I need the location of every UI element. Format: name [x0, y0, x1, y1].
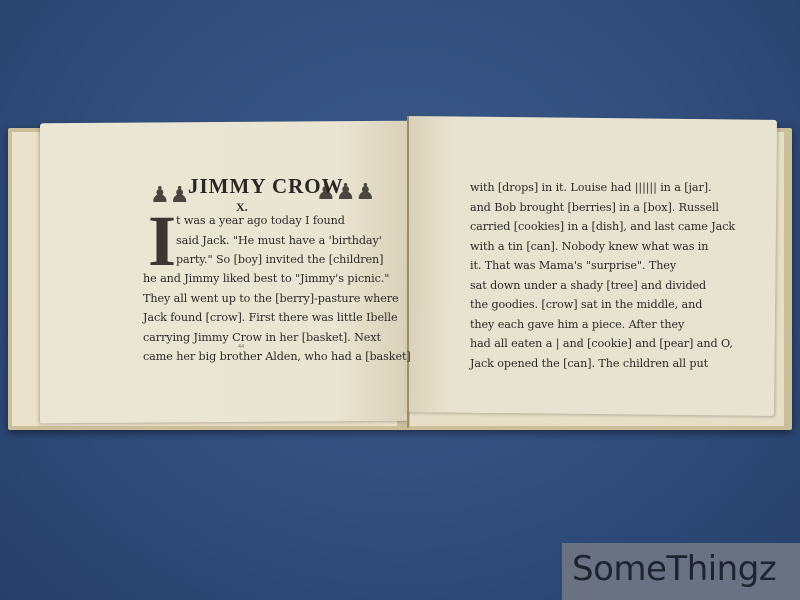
text-line: sat down under a shady [tree] and divide…: [470, 276, 735, 296]
left-page-text: t was a year ago today I found said Jack…: [176, 211, 383, 270]
text-line: they each gave him a piece. After they: [470, 315, 735, 335]
chapter-title: JIMMY CROW: [188, 174, 344, 199]
text-line: carrying Jimmy Crow in her [basket]. Nex…: [143, 328, 411, 348]
text-line: he and Jimmy liked best to "Jimmy's picn…: [143, 269, 411, 289]
text-line: the goodies. [crow] sat in the middle, a…: [470, 295, 735, 315]
text-line: Jack found [crow]. First there was littl…: [143, 308, 411, 328]
text-line: with a tin [can]. Nobody knew what was i…: [470, 237, 735, 257]
page-number-left: 44: [238, 344, 244, 350]
text-line: with [drops] in it. Louise had |||||| in…: [470, 178, 735, 198]
watermark-text: SomeThingz: [572, 549, 776, 589]
text-line: it. That was Mama's "surprise". They: [470, 256, 735, 276]
page-number-right: 45: [577, 342, 583, 348]
text-line: They all went up to the [berry]-pasture …: [143, 289, 411, 309]
text-line: Jack opened the [can]. The children all …: [470, 354, 735, 374]
watermark-logo: SomeThingz: [562, 543, 800, 600]
text-line: said Jack. "He must have a 'birthday': [176, 231, 383, 251]
text-line: and Bob brought [berries] in a [box]. Ru…: [470, 198, 735, 218]
text-line: had all eaten a | and [cookie] and [pear…: [470, 334, 735, 354]
left-page-text-lower: he and Jimmy liked best to "Jimmy's picn…: [143, 269, 411, 367]
text-line: t was a year ago today I found: [176, 211, 383, 231]
text-line: party." So [boy] invited the [children]: [176, 250, 383, 270]
right-page-text: with [drops] in it. Louise had |||||| in…: [470, 178, 735, 373]
text-line: carried [cookies] in a [dish], and last …: [470, 217, 735, 237]
text-line: came her big brother Alden, who had a [b…: [143, 347, 411, 367]
